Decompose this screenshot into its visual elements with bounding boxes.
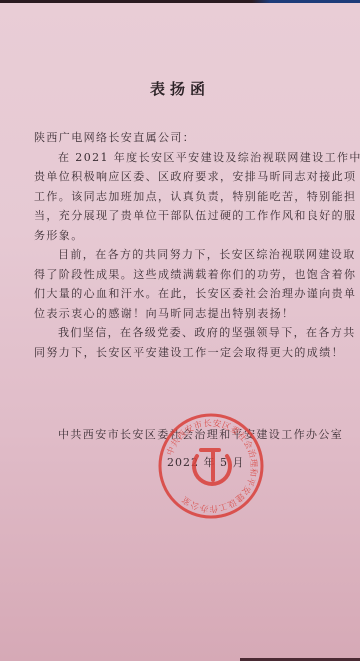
paragraph-1-line-4: 当，充分展现了贵单位干部队伍过硬的工作作风和良好的服	[34, 206, 354, 226]
document-title: 表扬函	[0, 78, 360, 99]
paragraph-1-line-3: 工作。该同志加班加点，认真负责，特别能吃苦，特别能担	[34, 187, 354, 207]
paragraph-2-line-2: 得了阶段性成果。这些成绩满载着你们的功劳，也饱含着你	[34, 265, 354, 285]
official-seal-icon: 中共西安市长安区委社会治理和平安建设工作办公室	[157, 412, 265, 520]
paragraph-2-line-4: 位表示衷心的感谢！向马昕同志提出特别表扬！	[34, 304, 354, 324]
paragraph-3-line-1: 我们坚信，在各级党委、政府的坚强领导下，在各方共	[34, 323, 354, 343]
letter-body: 陕西广电网络长安直属公司： 在 2021 年度长安区平安建设及综治视联网建设工作…	[34, 128, 354, 362]
paragraph-1-line-5: 务形象。	[34, 226, 354, 246]
paragraph-1-line-1: 在 2021 年度长安区平安建设及综治视联网建设工作中，	[34, 148, 354, 168]
paragraph-2-line-3: 们大量的心血和汗水。在此，长安区委社会治理办谨向贵单	[34, 284, 354, 304]
paragraph-2-line-1: 目前，在各方的共同努力下，长安区综治视联网建设取	[34, 245, 354, 265]
hammer-sickle-icon	[194, 450, 230, 484]
salutation: 陕西广电网络长安直属公司：	[34, 128, 354, 148]
paragraph-1-line-2: 贵单位积极响应区委、区政府要求，安排马昕同志对接此项	[34, 167, 354, 187]
paragraph-3-line-2: 同努力下，长安区平安建设工作一定会取得更大的成绩！	[34, 343, 354, 363]
photo-top-edge	[0, 0, 360, 3]
